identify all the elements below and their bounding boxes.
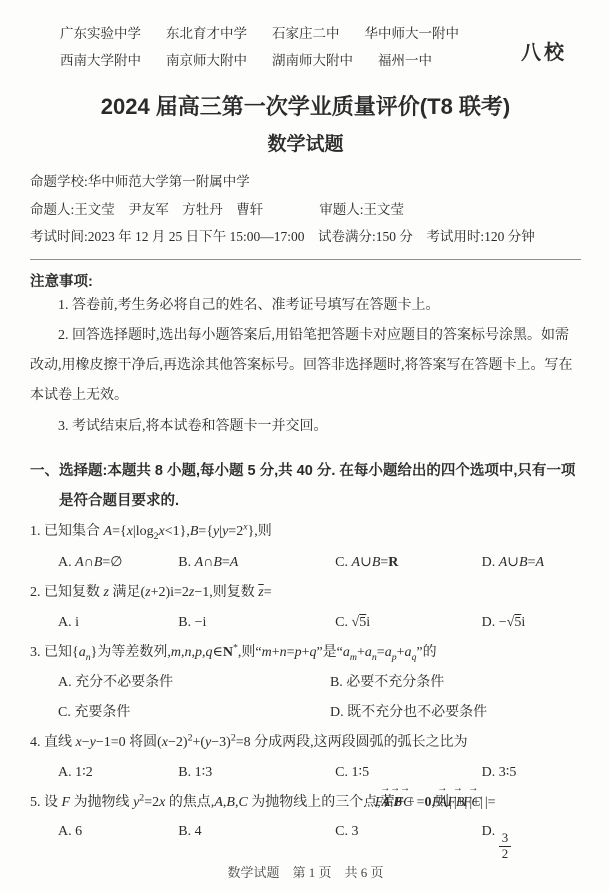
info-school-line: 命题学校:华中师范大学第一附属中学 bbox=[30, 168, 581, 196]
question-stem: 4. 直线 x−y−1=0 将圆(x−2)2+(y−3)2=8 分成两段,这两段… bbox=[30, 728, 581, 757]
option-D: D. 既不充分也不必要条件 bbox=[330, 698, 581, 727]
school-name: 石家庄二中 bbox=[272, 20, 340, 47]
question-5: 5. 设 F 为抛物线 y2=2x 的焦点,A,B,C 为抛物线上的三个点,若F… bbox=[30, 788, 581, 862]
exam-page: 广东实验中学东北育才中学石家庄二中华中师大一附中 西南大学附中南京师大附中湖南师… bbox=[0, 0, 609, 893]
exam-subject: 数学试题 bbox=[30, 129, 581, 156]
info-reviewer: 审题人:王文莹 bbox=[319, 196, 404, 224]
question-options: A. 6B. 4C. 3D. 32 bbox=[58, 817, 581, 862]
option-A: A. i bbox=[58, 608, 178, 637]
question-stem: 1. 已知集合 A={x|log2x<1},B={y|y=2x},则 bbox=[30, 517, 581, 547]
school-list: 广东实验中学东北育才中学石家庄二中华中师大一附中 西南大学附中南京师大附中湖南师… bbox=[60, 20, 521, 74]
page-footer: 数学试题 第 1 页 共 6 页 bbox=[30, 862, 581, 885]
notice-item: 3. 考试结束后,将本试卷和答题卡一并交回。 bbox=[30, 412, 581, 442]
school-row-2: 西南大学附中南京师大附中湖南师大附中福州一中 bbox=[60, 47, 521, 74]
exam-title: 2024 届高三第一次学业质量评价(T8 联考) bbox=[30, 90, 581, 121]
question-2: 2. 已知复数 z 满足(z+2)i=2z−1,则复数 z=A. iB. −iC… bbox=[30, 578, 581, 637]
school-row-1: 广东实验中学东北育才中学石家庄二中华中师大一附中 bbox=[60, 20, 521, 47]
school-name: 东北育才中学 bbox=[166, 20, 247, 47]
notice-section: 注意事项: 1. 答卷前,考生务必将自己的姓名、准考证号填写在答题卡上。2. 回… bbox=[30, 260, 581, 441]
notice-heading: 注意事项: bbox=[30, 270, 581, 291]
option-B: B. 必要不充分条件 bbox=[330, 668, 581, 697]
school-name: 西南大学附中 bbox=[60, 47, 141, 74]
question-stem: 2. 已知复数 z 满足(z+2)i=2z−1,则复数 z= bbox=[30, 578, 581, 607]
option-A: A. 6 bbox=[58, 817, 178, 862]
school-name: 南京师大附中 bbox=[166, 47, 247, 74]
question-4: 4. 直线 x−y−1=0 将圆(x−2)2+(y−3)2=8 分成两段,这两段… bbox=[30, 728, 581, 787]
school-name: 华中师大一附中 bbox=[365, 20, 460, 47]
option-D: D. 32 bbox=[482, 817, 581, 862]
option-C: C. 充要条件 bbox=[58, 698, 330, 727]
school-name: 广东实验中学 bbox=[60, 20, 141, 47]
school-name: 福州一中 bbox=[378, 47, 432, 74]
option-A: A. A∩B=∅ bbox=[58, 548, 178, 577]
question-stem: 5. 设 F 为抛物线 y2=2x 的焦点,A,B,C 为抛物线上的三个点,若F… bbox=[30, 788, 581, 817]
header: 广东实验中学东北育才中学石家庄二中华中师大一附中 西南大学附中南京师大附中湖南师… bbox=[30, 20, 581, 74]
option-A: A. 1∶2 bbox=[58, 758, 178, 787]
question-1: 1. 已知集合 A={x|log2x<1},B={y|y=2x},则A. A∩B… bbox=[30, 517, 581, 577]
option-C: C. √5i bbox=[335, 608, 481, 637]
exam-info: 命题学校:华中师范大学第一附属中学 命题人:王文莹 尹友军 方牡丹 曹轩 审题人… bbox=[30, 168, 581, 251]
option-B: B. 4 bbox=[178, 817, 335, 862]
question-options: A. A∩B=∅B. A∩B=AC. A∪B=RD. A∪B=A bbox=[58, 548, 581, 577]
notice-items: 1. 答卷前,考生务必将自己的姓名、准考证号填写在答题卡上。2. 回答选择题时,… bbox=[30, 291, 581, 441]
info-authors: 命题人:王文莹 尹友军 方牡丹 曹轩 bbox=[30, 196, 263, 224]
option-D: D. A∪B=A bbox=[482, 548, 581, 577]
option-A: A. 充分不必要条件 bbox=[58, 668, 330, 697]
info-authors-row: 命题人:王文莹 尹友军 方牡丹 曹轩 审题人:王文莹 bbox=[30, 196, 581, 224]
question-options: A. iB. −iC. √5iD. −√5i bbox=[58, 608, 581, 637]
option-D: D. −√5i bbox=[482, 608, 581, 637]
option-B: B. −i bbox=[178, 608, 335, 637]
option-B: B. 1∶3 bbox=[178, 758, 335, 787]
questions: 1. 已知集合 A={x|log2x<1},B={y|y=2x},则A. A∩B… bbox=[30, 516, 581, 862]
question-3: 3. 已知{an}为等差数列,m,n,p,q∈N*,则“m+n=p+q”是“am… bbox=[30, 638, 581, 727]
option-C: C. 3 bbox=[335, 817, 481, 862]
option-D: D. 3∶5 bbox=[482, 758, 581, 787]
question-stem: 3. 已知{an}为等差数列,m,n,p,q∈N*,则“m+n=p+q”是“am… bbox=[30, 638, 581, 668]
info-exam-line: 考试时间:2023 年 12 月 25 日下午 15:00—17:00 试卷满分… bbox=[30, 223, 581, 251]
section-1-heading: 一、选择题:本题共 8 小题,每小题 5 分,共 40 分. 在每小题给出的四个… bbox=[30, 456, 581, 517]
option-C: C. A∪B=R bbox=[335, 548, 481, 577]
question-options: A. 充分不必要条件B. 必要不充分条件C. 充要条件D. 既不充分也不必要条件 bbox=[58, 668, 581, 727]
eight-schools-badge: 八校 bbox=[521, 36, 567, 65]
question-options: A. 1∶2B. 1∶3C. 1∶5D. 3∶5 bbox=[58, 758, 581, 787]
school-name: 湖南师大附中 bbox=[272, 47, 353, 74]
notice-item: 2. 回答选择题时,选出每小题答案后,用铅笔把答题卡对应题目的答案标号涂黑。如需… bbox=[30, 321, 581, 411]
notice-item: 1. 答卷前,考生务必将自己的姓名、准考证号填写在答题卡上。 bbox=[30, 291, 581, 321]
option-B: B. A∩B=A bbox=[178, 548, 335, 577]
